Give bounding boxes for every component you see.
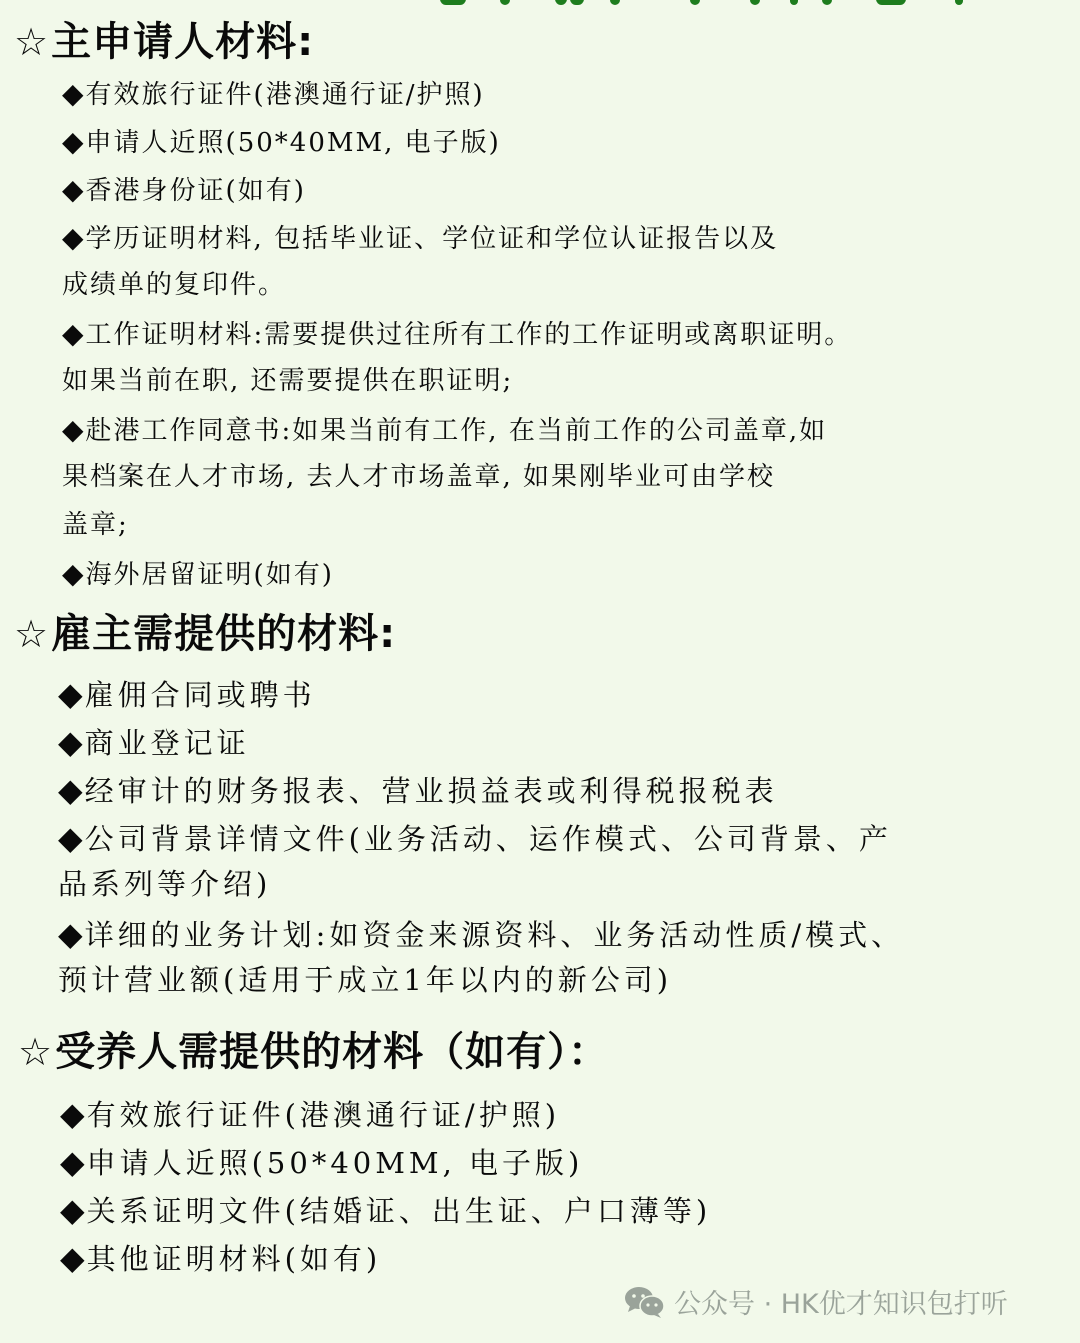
list-item: ◆赴港工作同意书:如果当前有工作, 在当前工作的公司盖章,如 xyxy=(62,416,827,444)
cropped-title-strip xyxy=(0,0,1080,8)
diamond-bullet-icon: ◆ xyxy=(62,416,84,444)
list-item: ◆其他证明材料(如有) xyxy=(60,1242,381,1274)
diamond-bullet-icon: ◆ xyxy=(62,224,84,252)
diamond-bullet-icon: ◆ xyxy=(58,726,83,758)
star-icon: ☆ xyxy=(14,612,49,656)
star-icon: ☆ xyxy=(14,20,49,64)
list-item-continuation: 品系列等介绍) xyxy=(58,870,271,899)
list-item: ◆香港身份证(如有) xyxy=(62,176,306,204)
diamond-bullet-icon: ◆ xyxy=(62,320,84,348)
watermark-text: 公众号 · HK优才知识包打听 xyxy=(674,1282,1008,1321)
diamond-bullet-icon: ◆ xyxy=(62,80,84,108)
section-title: ☆受养人需提供的材料（如有）： xyxy=(18,1032,609,1072)
list-item-continuation: 预计营业额(适用于成立1年以内的新公司) xyxy=(58,966,672,995)
list-item-continuation: 果档案在人才市场, 去人才市场盖章, 如果刚毕业可由学校 xyxy=(62,464,775,490)
list-item: ◆商业登记证 xyxy=(58,726,250,758)
diamond-bullet-icon: ◆ xyxy=(62,560,84,588)
diamond-bullet-icon: ◆ xyxy=(62,176,84,204)
list-item: ◆公司背景详情文件(业务活动、运作模式、公司背景、产 xyxy=(58,822,892,854)
section-title: ☆雇主需提供的材料: xyxy=(14,614,396,654)
wechat-watermark: 公众号 · HK优才知识包打听 xyxy=(624,1282,1008,1321)
list-item: ◆申请人近照(50*40MM, 电子版) xyxy=(62,128,501,156)
diamond-bullet-icon: ◆ xyxy=(58,678,83,710)
list-item: ◆学历证明材料, 包括毕业证、学位证和学位认证报告以及 xyxy=(62,224,778,252)
diamond-bullet-icon: ◆ xyxy=(60,1098,85,1130)
list-item: ◆关系证明文件(结婚证、出生证、户口薄等) xyxy=(60,1194,711,1226)
list-item: ◆海外居留证明(如有) xyxy=(62,560,334,588)
diamond-bullet-icon: ◆ xyxy=(60,1194,85,1226)
wechat-icon xyxy=(624,1285,666,1319)
diamond-bullet-icon: ◆ xyxy=(60,1146,85,1178)
star-icon: ☆ xyxy=(18,1030,53,1074)
diamond-bullet-icon: ◆ xyxy=(60,1242,85,1274)
list-item: ◆申请人近照(50*40MM, 电子版) xyxy=(60,1146,583,1178)
list-item-continuation: 盖章; xyxy=(62,512,129,538)
list-item: ◆工作证明材料:需要提供过往所有工作的工作证明或离职证明。 xyxy=(62,320,852,348)
diamond-bullet-icon: ◆ xyxy=(58,774,83,806)
list-item: ◆有效旅行证件(港澳通行证/护照) xyxy=(60,1098,560,1130)
diamond-bullet-icon: ◆ xyxy=(58,918,83,950)
list-item-continuation: 成绩单的复印件。 xyxy=(62,272,286,298)
section-title: ☆主申请人材料: xyxy=(14,22,314,62)
list-item-continuation: 如果当前在职, 还需要提供在职证明; xyxy=(62,368,513,394)
list-item: ◆经审计的财务报表、营业损益表或利得税报税表 xyxy=(58,774,778,806)
diamond-bullet-icon: ◆ xyxy=(62,128,84,156)
list-item: ◆详细的业务计划:如资金来源资料、业务活动性质/模式、 xyxy=(58,918,904,950)
list-item: ◆有效旅行证件(港澳通行证/护照) xyxy=(62,80,485,108)
list-item: ◆雇佣合同或聘书 xyxy=(58,678,316,710)
diamond-bullet-icon: ◆ xyxy=(58,822,83,854)
